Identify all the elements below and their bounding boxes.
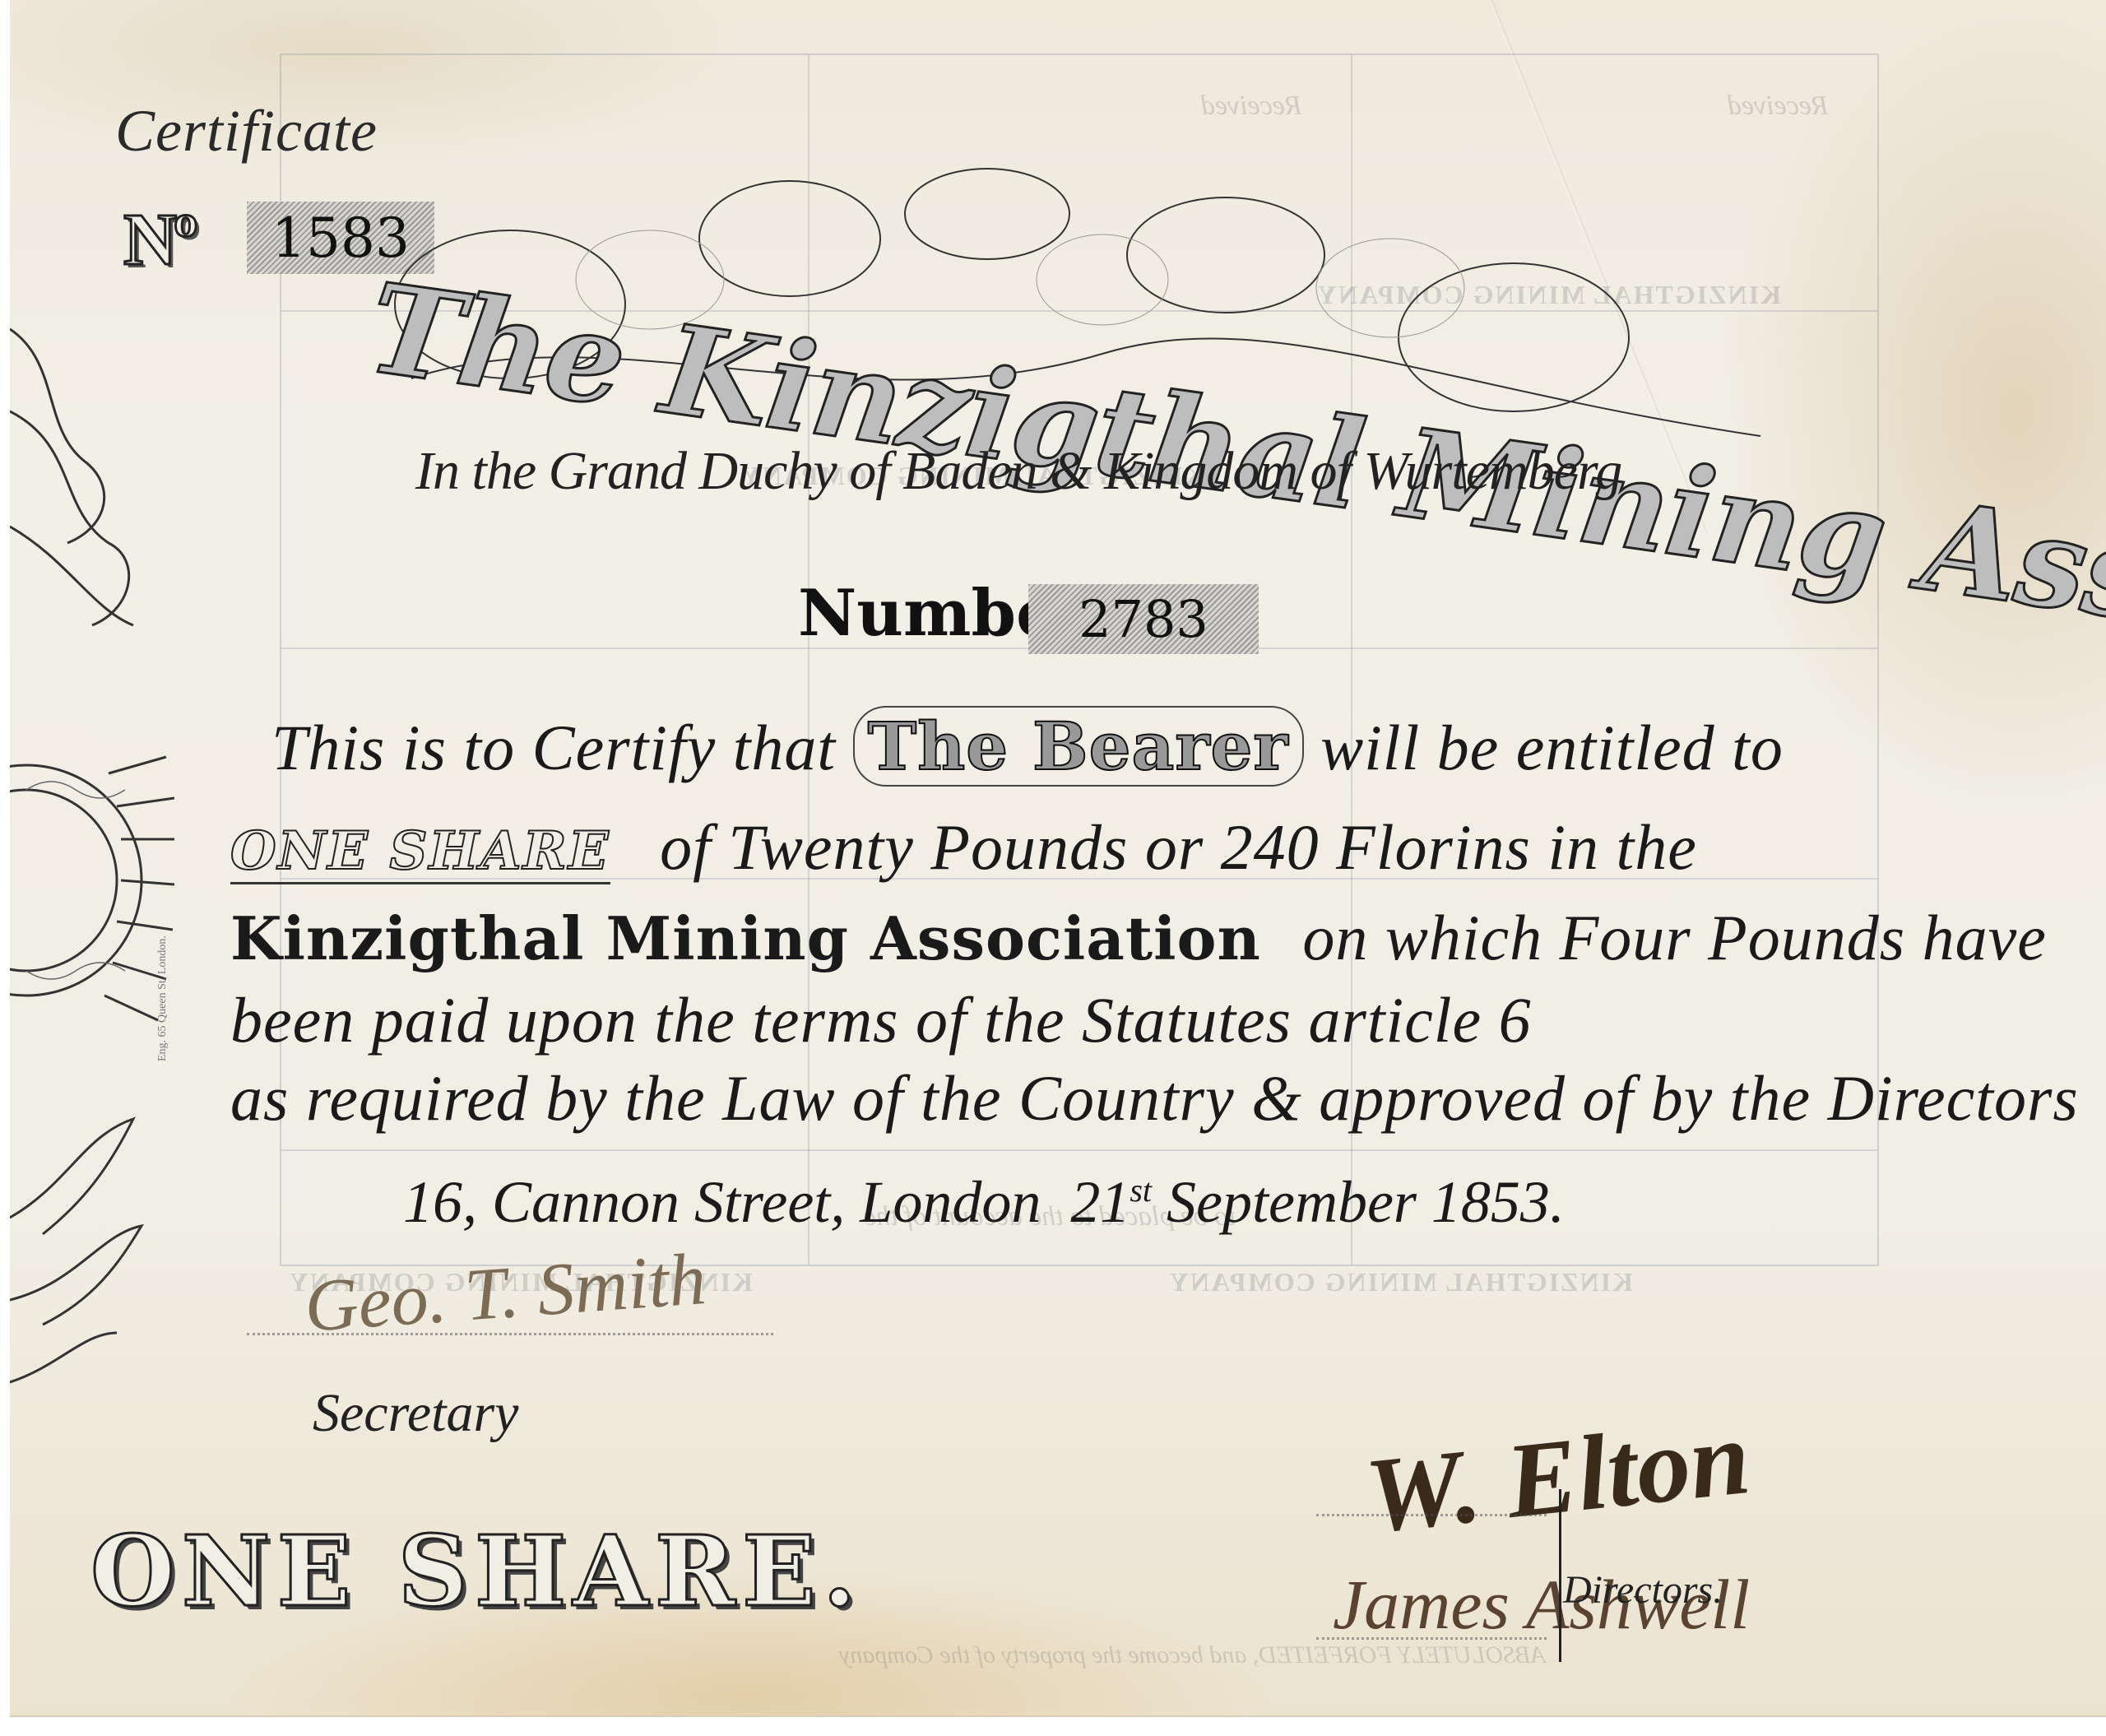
grid-row-divider: [281, 1149, 1877, 1151]
one-share-heading: ONE SHARE.: [90, 1514, 863, 1628]
engraver-imprint: Eng. 65 Queen St. London.: [156, 935, 169, 1061]
body-line-5: as required by the Law of the Country & …: [230, 1061, 2079, 1135]
certificate-label: Certificate: [115, 97, 378, 165]
secretary-label: Secretary: [313, 1382, 518, 1445]
jurisdiction-subtitle: In the Grand Duchy of Baden & Kingdom of…: [415, 440, 1621, 503]
secretary-signature-line: [247, 1333, 773, 1335]
share-value-text: of Twenty Pounds or 240 Florins in the: [660, 811, 1697, 883]
paid-text: on which Four Pounds have: [1302, 902, 2047, 973]
issue-date-line: 16, Cannon Street, London 21st September…: [403, 1168, 1565, 1237]
body-line-2: ONE SHARE of Twenty Pounds or 240 Florin…: [230, 810, 1697, 884]
body-line-4: been paid upon the terms of the Statutes…: [230, 983, 1532, 1057]
directors-bracket: [1559, 1489, 1561, 1662]
acanthus-ornament-icon: [10, 313, 174, 1448]
bleed-through-text: Received: [1201, 91, 1302, 122]
one-share-inline: ONE SHARE: [230, 820, 610, 884]
director-signature-line-1: [1316, 1514, 1547, 1516]
issue-day: 21: [1070, 1169, 1130, 1235]
bleed-through-text: ABSOLUTELY FORFEITED, and become the pro…: [839, 1641, 1546, 1669]
entitled-text: will be entitled to: [1320, 712, 1784, 783]
bleed-through-text: Received: [1728, 91, 1829, 122]
share-number-box: 2783: [1028, 584, 1259, 654]
directors-label: Directors.: [1563, 1567, 1723, 1613]
issue-month-year: September 1853.: [1167, 1169, 1565, 1235]
issue-address: 16, Cannon Street, London: [403, 1169, 1041, 1235]
director-signature-line-2: [1316, 1637, 1547, 1640]
certify-text: This is to Certify that: [271, 712, 836, 783]
bearer-label: The Bearer: [853, 706, 1304, 787]
association-name-inline: Kinzigthal Mining Association: [230, 903, 1261, 973]
body-line-3: Kinzigthal Mining Association on which F…: [230, 901, 2047, 975]
body-line-1: This is to Certify that The Bearer will …: [271, 708, 1784, 785]
title-block: The Kinzigthal Mining Association: [362, 165, 1843, 461]
issue-day-suffix: st: [1130, 1172, 1152, 1209]
number-sign: Nº: [123, 197, 195, 282]
share-number: 2783: [1079, 589, 1208, 649]
bleed-through-text: KINZIGTHAL MINING COMPANY: [1168, 1267, 1633, 1297]
